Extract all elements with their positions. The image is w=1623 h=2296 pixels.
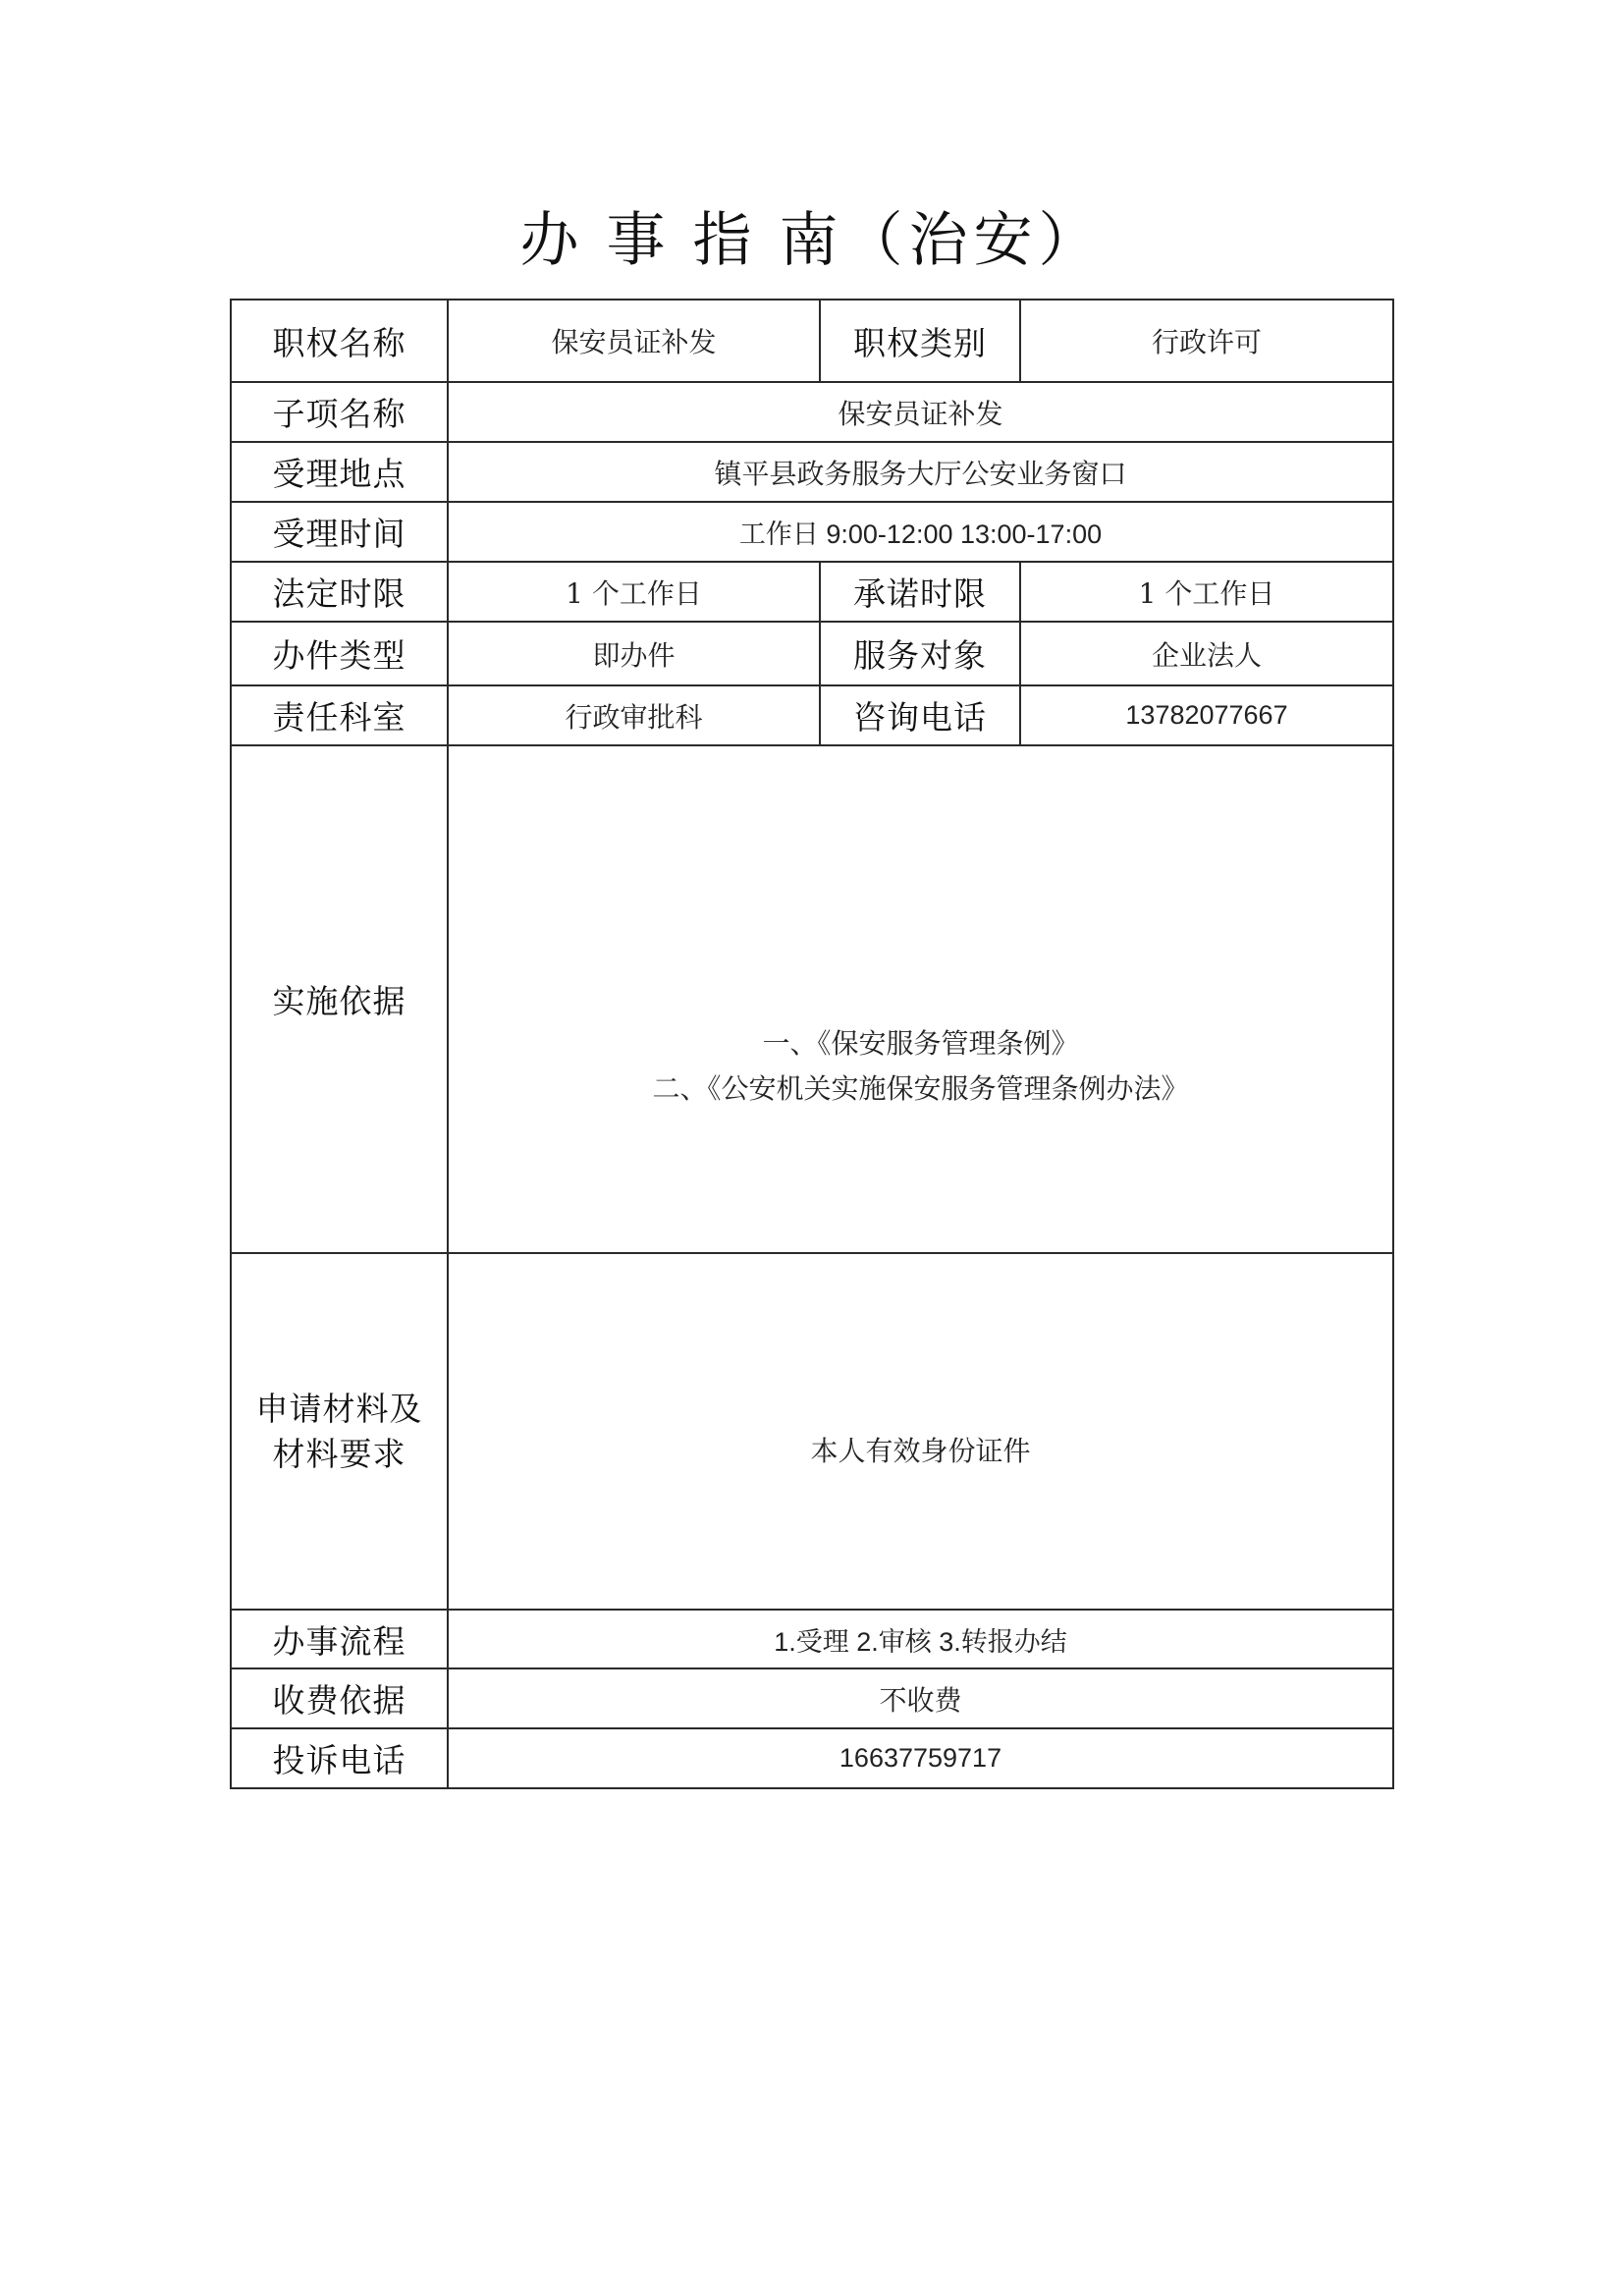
table-row: 受理地点 镇平县政务服务大厅公安业务窗口 xyxy=(231,442,1393,502)
table-row: 责任科室 行政审批科 咨询电话 13782077667 xyxy=(231,685,1393,745)
responsible-dept-value: 行政审批科 xyxy=(448,685,820,745)
process-value: 1.受理 2.审核 3.转报办结 xyxy=(448,1610,1393,1668)
table-row: 实施依据 一、《保安服务管理条例》 二、《公安机关实施保安服务管理条例办法》 xyxy=(231,745,1393,1253)
consult-phone-label: 咨询电话 xyxy=(820,685,1020,745)
table-row: 办件类型 即办件 服务对象 企业法人 xyxy=(231,622,1393,685)
title-char: 办 xyxy=(520,206,585,275)
legal-basis-list: 一、《保安服务管理条例》 二、《公安机关实施保安服务管理条例办法》 xyxy=(449,1021,1392,1112)
sub-item-name-value: 保安员证补发 xyxy=(448,382,1393,442)
table-row: 申请材料及 材料要求 本人有效身份证件 xyxy=(231,1253,1393,1610)
authority-name-value: 保安员证补发 xyxy=(448,300,820,382)
table-row: 职权名称 保安员证补发 职权类别 行政许可 xyxy=(231,300,1393,382)
legal-basis-label: 实施依据 xyxy=(231,745,448,1253)
consult-phone-value: 13782077667 xyxy=(1020,685,1393,745)
title-suffix: （治安） xyxy=(844,206,1104,275)
complaint-phone-value: 16637759717 xyxy=(448,1728,1393,1788)
table-row: 子项名称 保安员证补发 xyxy=(231,382,1393,442)
acceptance-time-value: 工作日 9:00-12:00 13:00-17:00 xyxy=(448,502,1393,562)
case-type-value: 即办件 xyxy=(448,622,820,685)
legal-basis-item: 二、《公安机关实施保安服务管理条例办法》 xyxy=(449,1066,1392,1112)
complaint-phone-label: 投诉电话 xyxy=(231,1728,448,1788)
table-row: 投诉电话 16637759717 xyxy=(231,1728,1393,1788)
title-char: 事 xyxy=(607,206,672,275)
materials-value: 本人有效身份证件 xyxy=(448,1253,1393,1610)
fee-basis-value: 不收费 xyxy=(448,1668,1393,1728)
title-char: 南 xyxy=(780,206,844,275)
service-target-value: 企业法人 xyxy=(1020,622,1393,685)
materials-text: 本人有效身份证件 xyxy=(449,1429,1392,1474)
page-title: 办事指南（治安） xyxy=(0,196,1623,285)
materials-label-line: 申请材料及 xyxy=(232,1387,447,1432)
table-row: 法定时限 1 个工作日 承诺时限 1 个工作日 xyxy=(231,562,1393,622)
promised-time-limit-label: 承诺时限 xyxy=(820,562,1020,622)
authority-name-label: 职权名称 xyxy=(231,300,448,382)
authority-category-label: 职权类别 xyxy=(820,300,1020,382)
table-row: 收费依据 不收费 xyxy=(231,1668,1393,1728)
statutory-time-limit-label: 法定时限 xyxy=(231,562,448,622)
table-row: 办事流程 1.受理 2.审核 3.转报办结 xyxy=(231,1610,1393,1668)
materials-label: 申请材料及 材料要求 xyxy=(231,1253,448,1610)
authority-category-value: 行政许可 xyxy=(1020,300,1393,382)
title-char: 指 xyxy=(693,206,758,275)
responsible-dept-label: 责任科室 xyxy=(231,685,448,745)
process-label: 办事流程 xyxy=(231,1610,448,1668)
case-type-label: 办件类型 xyxy=(231,622,448,685)
materials-label-line: 材料要求 xyxy=(232,1432,447,1477)
statutory-time-limit-value: 1 个工作日 xyxy=(448,562,820,622)
acceptance-location-label: 受理地点 xyxy=(231,442,448,502)
legal-basis-item: 一、《保安服务管理条例》 xyxy=(449,1021,1392,1066)
acceptance-time-label: 受理时间 xyxy=(231,502,448,562)
promised-time-limit-value: 1 个工作日 xyxy=(1020,562,1393,622)
legal-basis-value: 一、《保安服务管理条例》 二、《公安机关实施保安服务管理条例办法》 xyxy=(448,745,1393,1253)
service-target-label: 服务对象 xyxy=(820,622,1020,685)
service-guide-table: 职权名称 保安员证补发 职权类别 行政许可 子项名称 保安员证补发 受理地点 镇… xyxy=(230,299,1394,1789)
acceptance-location-value: 镇平县政务服务大厅公安业务窗口 xyxy=(448,442,1393,502)
fee-basis-label: 收费依据 xyxy=(231,1668,448,1728)
sub-item-name-label: 子项名称 xyxy=(231,382,448,442)
table-row: 受理时间 工作日 9:00-12:00 13:00-17:00 xyxy=(231,502,1393,562)
